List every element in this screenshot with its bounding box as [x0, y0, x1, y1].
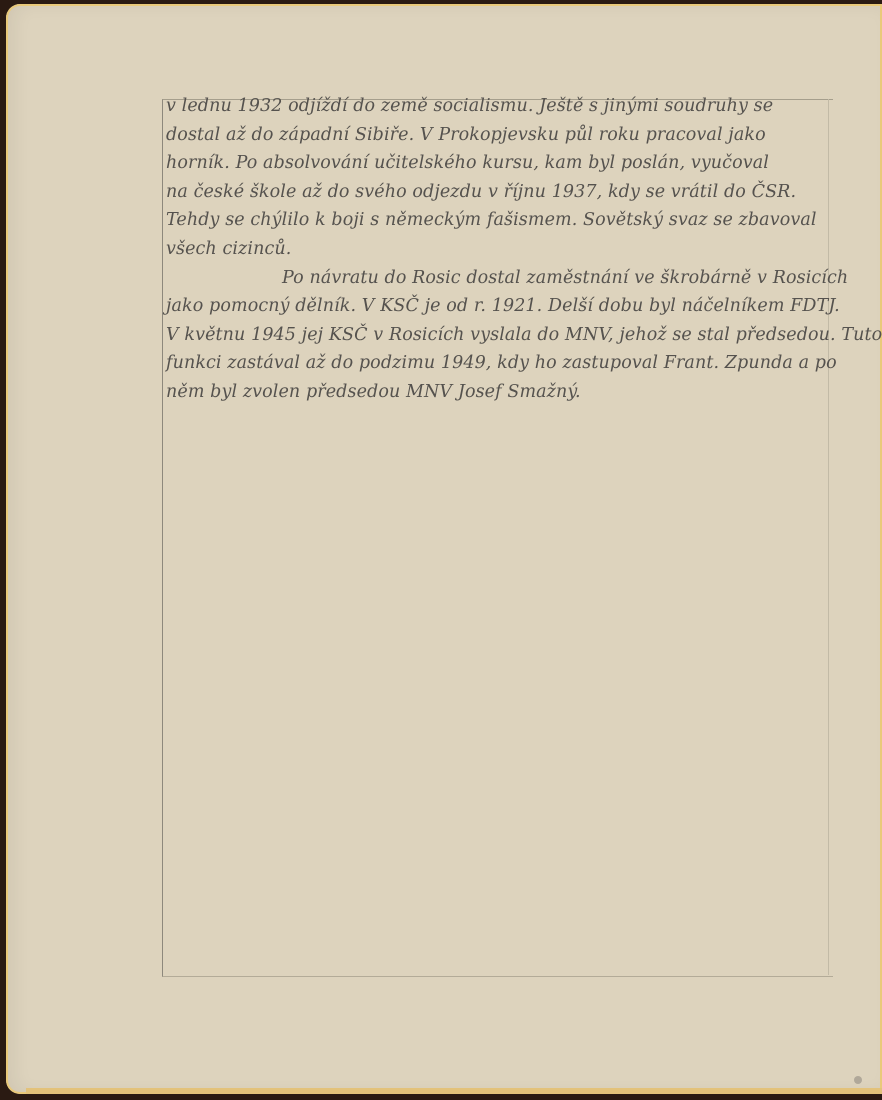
document-page: v lednu 1932 odjíždí do země socialismu.… [6, 4, 882, 1094]
text-line: na české škole až do svého odjezdu v říj… [166, 178, 836, 207]
text-line: v lednu 1932 odjíždí do země socialismu.… [166, 92, 836, 121]
paper-stain [854, 1076, 862, 1084]
text-line: jako pomocný dělník. V KSČ je od r. 1921… [166, 292, 836, 321]
text-line: V květnu 1945 jej KSČ v Rosicích vyslala… [166, 321, 836, 350]
text-line: něm byl zvolen předsedou MNV Josef Smažn… [166, 378, 836, 407]
text-line: Tehdy se chýlilo k boji s německým fašis… [166, 206, 836, 235]
paragraph-2: Po návratu do Rosic dostal zaměstnání ve… [166, 264, 836, 407]
handwritten-text: v lednu 1932 odjíždí do země socialismu.… [166, 92, 836, 407]
paragraph-1: v lednu 1932 odjíždí do země socialismu.… [166, 92, 836, 264]
text-line: všech cizinců. [166, 235, 836, 264]
text-line: funkci zastával až do podzimu 1949, kdy … [166, 349, 836, 378]
text-line: Po návratu do Rosic dostal zaměstnání ve… [166, 264, 836, 293]
text-line: horník. Po absolvování učitelského kursu… [166, 149, 836, 178]
page-edge [26, 1088, 882, 1094]
text-line: dostal až do západní Sibiře. V Prokopjev… [166, 121, 836, 150]
